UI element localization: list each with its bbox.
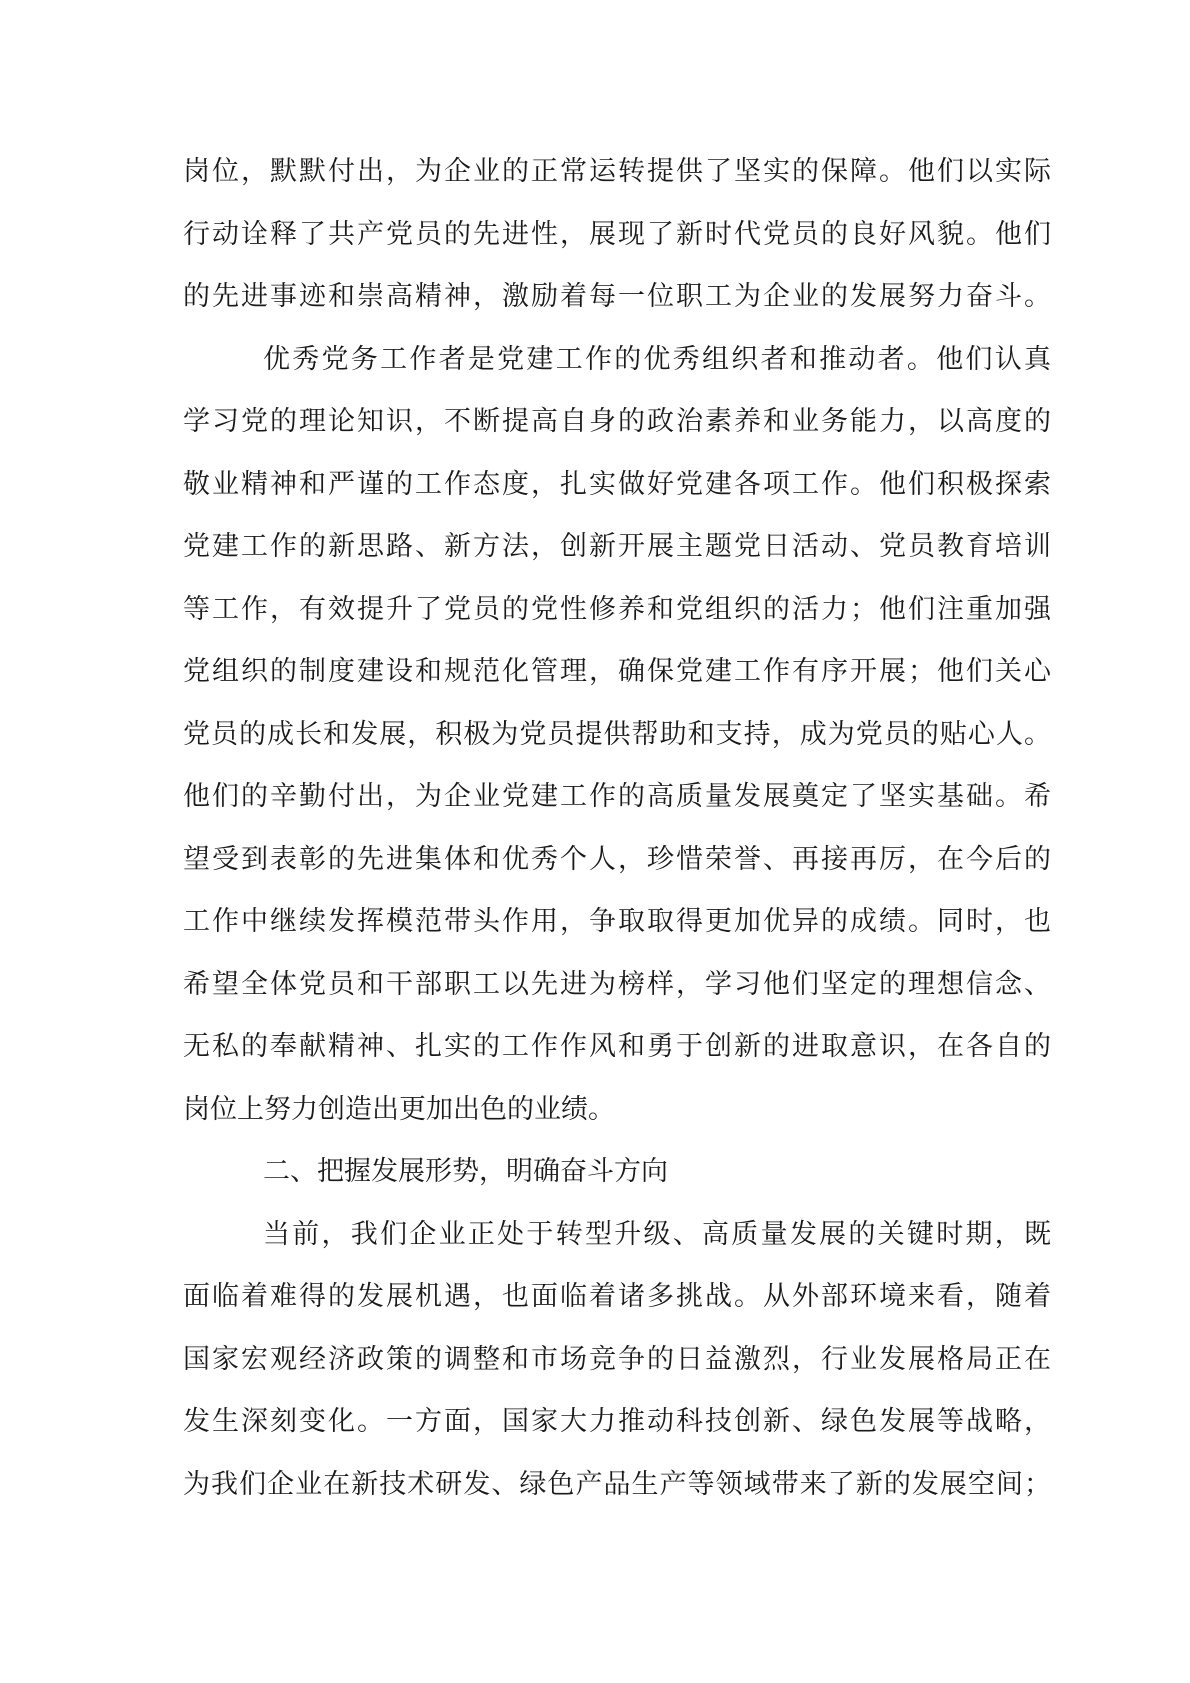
text-line: 行动诠释了共产党员的先进性，展现了新时代党员的良好风貌。他们 [183, 203, 1051, 266]
text-line: 他们的辛勤付出，为企业党建工作的高质量发展奠定了坚实基础。希 [183, 765, 1051, 828]
text-line: 望受到表彰的先进集体和优秀个人，珍惜荣誉、再接再厉，在今后的 [183, 828, 1051, 891]
document-page: { "page": { "background": "#ffffff", "te… [0, 0, 1190, 1683]
text-line: 岗位，默默付出，为企业的正常运转提供了坚实的保障。他们以实际 [183, 140, 1051, 203]
text-line: 为我们企业在新技术研发、绿色产品生产等领域带来了新的发展空间； [183, 1453, 1051, 1516]
section-heading: 二、把握发展形势，明确奋斗方向 [183, 1140, 1051, 1203]
text-line: 党建工作的新思路、新方法，创新开展主题党日活动、党员教育培训 [183, 515, 1051, 578]
text-line: 发生深刻变化。一方面，国家大力推动科技创新、绿色发展等战略， [183, 1390, 1051, 1453]
text-line: 工作中继续发挥模范带头作用，争取取得更加优异的成绩。同时，也 [183, 890, 1051, 953]
text-line: 敬业精神和严谨的工作态度，扎实做好党建各项工作。他们积极探索 [183, 453, 1051, 516]
text-line: 党组织的制度建设和规范化管理，确保党建工作有序开展；他们关心 [183, 640, 1051, 703]
text-block: 岗位，默默付出，为企业的正常运转提供了坚实的保障。他们以实际行动诠释了共产党员的… [183, 140, 1051, 1515]
text-line: 党员的成长和发展，积极为党员提供帮助和支持，成为党员的贴心人。 [183, 703, 1051, 766]
text-line: 国家宏观经济政策的调整和市场竞争的日益激烈，行业发展格局正在 [183, 1328, 1051, 1391]
text-line: 岗位上努力创造出更加出色的业绩。 [183, 1078, 1051, 1141]
text-line: 学习党的理论知识，不断提高自身的政治素养和业务能力，以高度的 [183, 390, 1051, 453]
text-line: 当前，我们企业正处于转型升级、高质量发展的关键时期，既 [183, 1203, 1051, 1266]
text-line: 等工作，有效提升了党员的党性修养和党组织的活力；他们注重加强 [183, 578, 1051, 641]
text-line: 无私的奉献精神、扎实的工作作风和勇于创新的进取意识，在各自的 [183, 1015, 1051, 1078]
text-line: 希望全体党员和干部职工以先进为榜样，学习他们坚定的理想信念、 [183, 953, 1051, 1016]
text-line: 面临着难得的发展机遇，也面临着诸多挑战。从外部环境来看，随着 [183, 1265, 1051, 1328]
text-line: 的先进事迹和崇高精神，激励着每一位职工为企业的发展努力奋斗。 [183, 265, 1051, 328]
text-line: 优秀党务工作者是党建工作的优秀组织者和推动者。他们认真 [183, 328, 1051, 391]
